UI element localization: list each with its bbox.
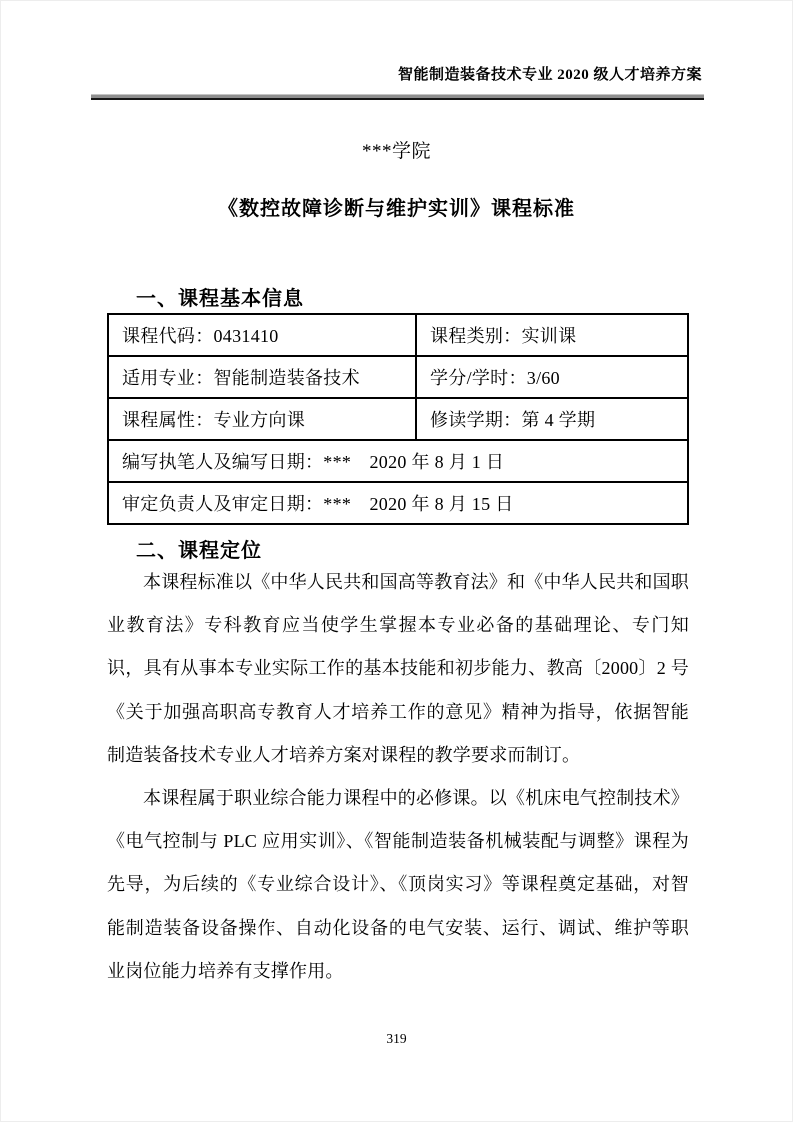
table-row: 课程属性：专业方向课 修读学期：第 4 学期 <box>108 398 688 440</box>
table-cell-study-semester: 修读学期：第 4 学期 <box>416 398 688 440</box>
table-cell-course-code: 课程代码：0431410 <box>108 314 416 356</box>
body-text-block: 本课程标准以《中华人民共和国高等教育法》和《中华人民共和国职业教育法》专科教育应… <box>107 561 689 993</box>
header-rule-divider <box>91 94 704 100</box>
table-cell-reviewer-date: 审定负责人及审定日期：*** 2020 年 8 月 15 日 <box>108 482 688 524</box>
page-number: 319 <box>1 1031 792 1047</box>
table-row: 适用专业：智能制造装备技术 学分/学时：3/60 <box>108 356 688 398</box>
table-cell-credits-hours: 学分/学时：3/60 <box>416 356 688 398</box>
section-heading-basic-info: 一、课程基本信息 <box>136 282 304 311</box>
table-row: 课程代码：0431410 课程类别：实训课 <box>108 314 688 356</box>
table-cell-applicable-major: 适用专业：智能制造装备技术 <box>108 356 416 398</box>
table-cell-author-date: 编写执笔人及编写日期：*** 2020 年 8 月 1 日 <box>108 440 688 482</box>
table-cell-course-attribute: 课程属性：专业方向课 <box>108 398 416 440</box>
document-title: 《数控故障诊断与维护实训》课程标准 <box>1 192 792 221</box>
institution-title: ***学院 <box>1 136 792 163</box>
table-cell-course-category: 课程类别：实训课 <box>416 314 688 356</box>
course-info-table: 课程代码：0431410 课程类别：实训课 适用专业：智能制造装备技术 学分/学… <box>107 313 689 525</box>
document-page: { "page": { "header": "智能制造装备技术专业 2020 级… <box>0 0 793 1122</box>
table-row: 编写执笔人及编写日期：*** 2020 年 8 月 1 日 <box>108 440 688 482</box>
page-header-text: 智能制造装备技术专业 2020 级人才培养方案 <box>398 63 702 84</box>
table-row: 审定负责人及审定日期：*** 2020 年 8 月 15 日 <box>108 482 688 524</box>
paragraph-course-role: 本课程属于职业综合能力课程中的必修课。以《机床电气控制技术》《电气控制与 PLC… <box>107 777 689 993</box>
section-heading-course-positioning: 二、课程定位 <box>136 534 262 563</box>
paragraph-course-basis: 本课程标准以《中华人民共和国高等教育法》和《中华人民共和国职业教育法》专科教育应… <box>107 561 689 777</box>
